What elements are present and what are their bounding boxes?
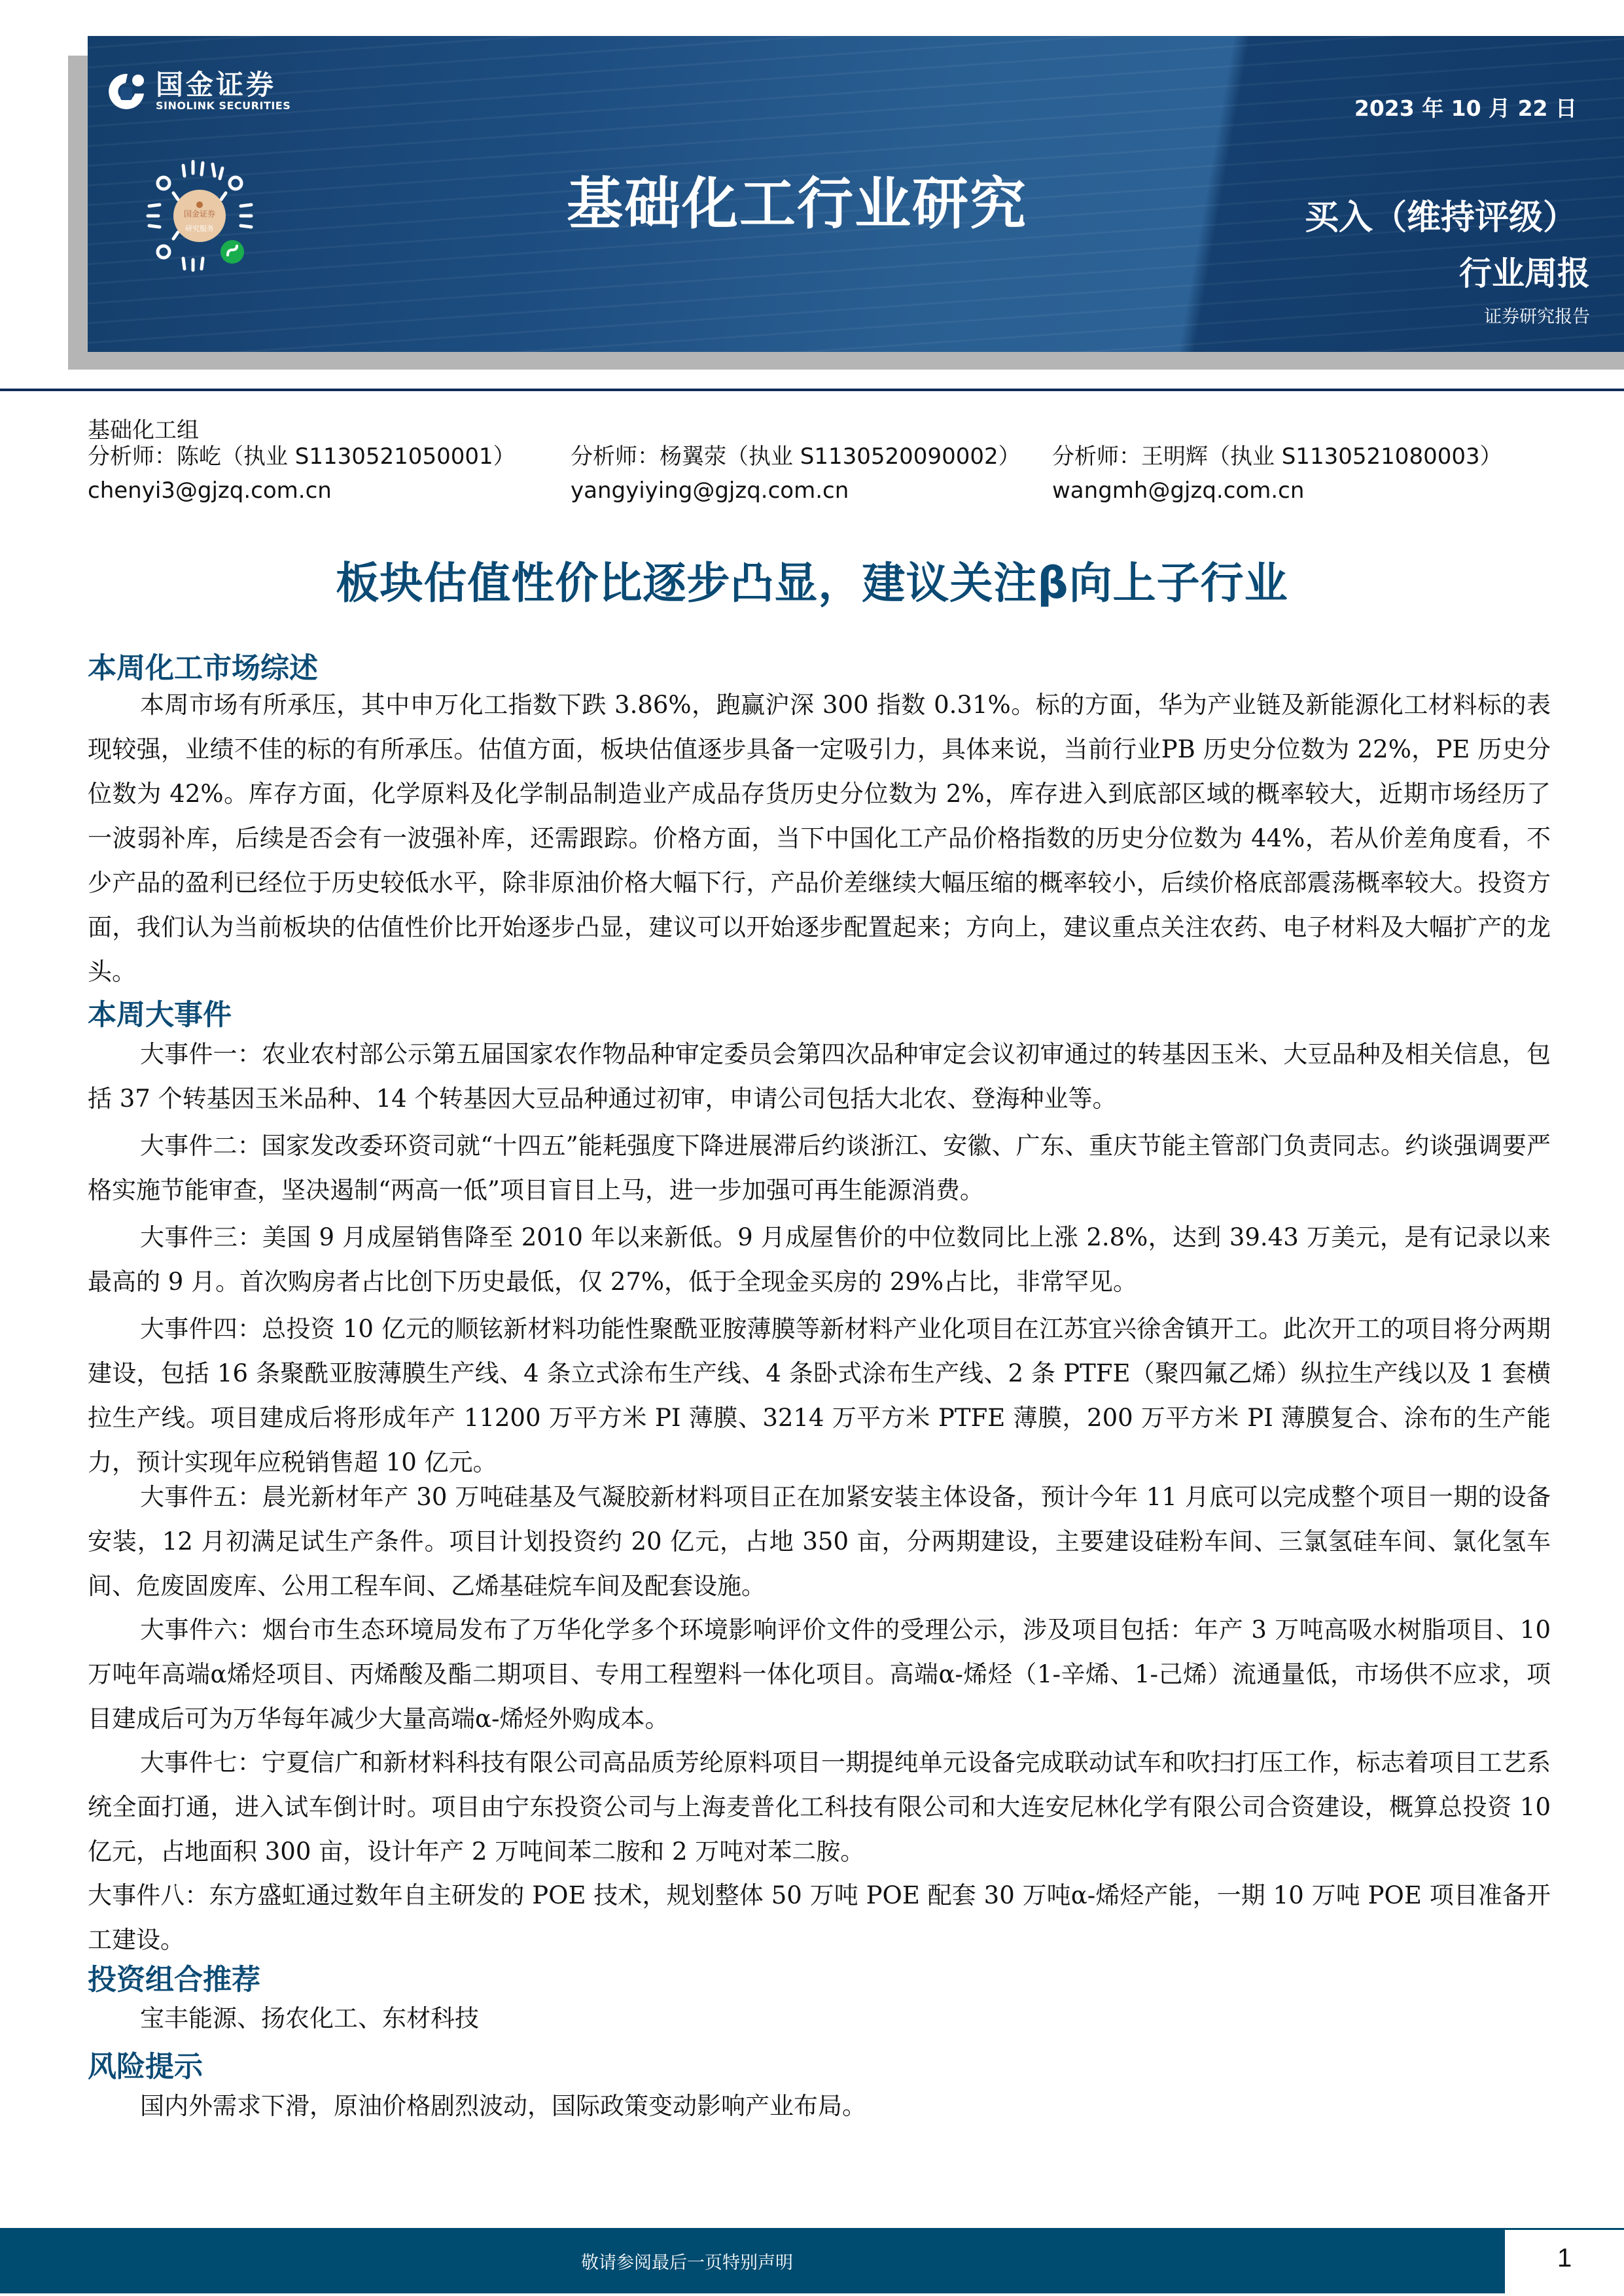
analyst-1-email[interactable]: chenyi3@gjzq.com.cn [88,474,516,508]
analyst-1: 分析师：陈屹（执业 S1130521050001） chenyi3@gjzq.c… [88,440,516,508]
footer-bar: 敬请参阅最后一页特别声明 [0,2228,1505,2293]
report-headline: 板块估值性价比逐步凸显，建议关注β向上子行业 [0,548,1624,610]
event-item-2: 大事件二：国家发改委环资司就“十四五”能耗强度下降进展滞后约谈浙江、安徽、广东、… [88,1124,1551,1213]
event-item-8: 大事件八：东方盛虹通过数年自主研发的 POE 技术，规划整体 50 万吨 POE… [88,1873,1551,1962]
report-industry-title: 基础化工行业研究 [567,171,1027,237]
rating-label: 买入（维持评级） [1305,190,1577,239]
report-type: 行业周报 [1459,247,1590,294]
event-item-5: 大事件五：晨光新材年产 30 万吨硅基及气凝胶新材料项目正在加紧安装主体设备，预… [88,1475,1551,1609]
company-logo: 国金证券 SINOLINK SECURITIES [109,71,291,113]
report-date: 2023 年 10 月 22 日 [1354,92,1577,122]
mini-program-qr-code[interactable]: 国金证券 研究服务 [137,154,262,278]
event-item-7: 大事件七：宁夏信广和新材料科技有限公司高品质芳纶原料项目一期提纯单元设备完成联动… [88,1741,1551,1874]
market-summary-paragraph: 本周市场有所承压，其中申万化工指数下跌 3.86%，跑赢沪深 300 指数 0.… [88,683,1551,994]
section-title-risk: 风险提示 [88,2043,203,2085]
analyst-2: 分析师：杨翼荥（执业 S1130520090002） yangyiying@gj… [571,440,1021,508]
event-item-3: 大事件三：美国 9 月成屋销售降至 2010 年以来新低。9 月成屋售价的中位数… [88,1215,1551,1304]
sinolink-logo-icon [109,71,147,112]
logo-text-en: SINOLINK SECURITIES [156,99,291,113]
header-divider [0,389,1624,391]
analyst-2-label: 分析师：杨翼荥（执业 S1130520090002） [571,440,1021,474]
footer-divider [1505,2228,1624,2230]
section-title-portfolio: 投资组合推荐 [88,1956,260,1998]
analyst-3-email[interactable]: wangmh@gjzq.com.cn [1052,474,1502,508]
analyst-2-email[interactable]: yangyiying@gjzq.com.cn [571,474,1021,508]
analyst-3: 分析师：王明辉（执业 S1130521080003） wangmh@gjzq.c… [1052,440,1502,508]
logo-text-cn: 国金证券 [156,71,291,99]
footer-disclaimer: 敬请参阅最后一页特别声明 [581,2248,793,2274]
section-title-market: 本周化工市场综述 [88,644,318,686]
page-number: 1 [1557,2244,1572,2273]
qr-badge-cn: 国金证券 [184,209,215,218]
analyst-1-label: 分析师：陈屹（执业 S1130521050001） [88,440,516,474]
event-item-1: 大事件一：农业农村部公示第五届国家农作物品种审定委员会第四次品种审定会议初审通过… [88,1032,1551,1121]
event-item-4: 大事件四：总投资 10 亿元的顺铉新材料功能性聚酰亚胺薄膜等新材料产业化项目在江… [88,1307,1551,1485]
qr-badge-sub: 研究服务 [185,224,214,233]
report-subtype: 证券研究报告 [1484,302,1590,328]
section-title-events: 本周大事件 [88,991,232,1033]
portfolio-recommendation: 宝丰能源、扬农化工、东材科技 [88,1996,1551,2041]
analyst-3-label: 分析师：王明辉（执业 S1130521080003） [1052,440,1502,474]
event-item-6: 大事件六：烟台市生态环境局发布了万华化学多个环境影响评价文件的受理公示，涉及项目… [88,1608,1551,1741]
risk-warning: 国内外需求下滑，原油价格剧烈波动，国际政策变动影响产业布局。 [88,2084,1551,2129]
